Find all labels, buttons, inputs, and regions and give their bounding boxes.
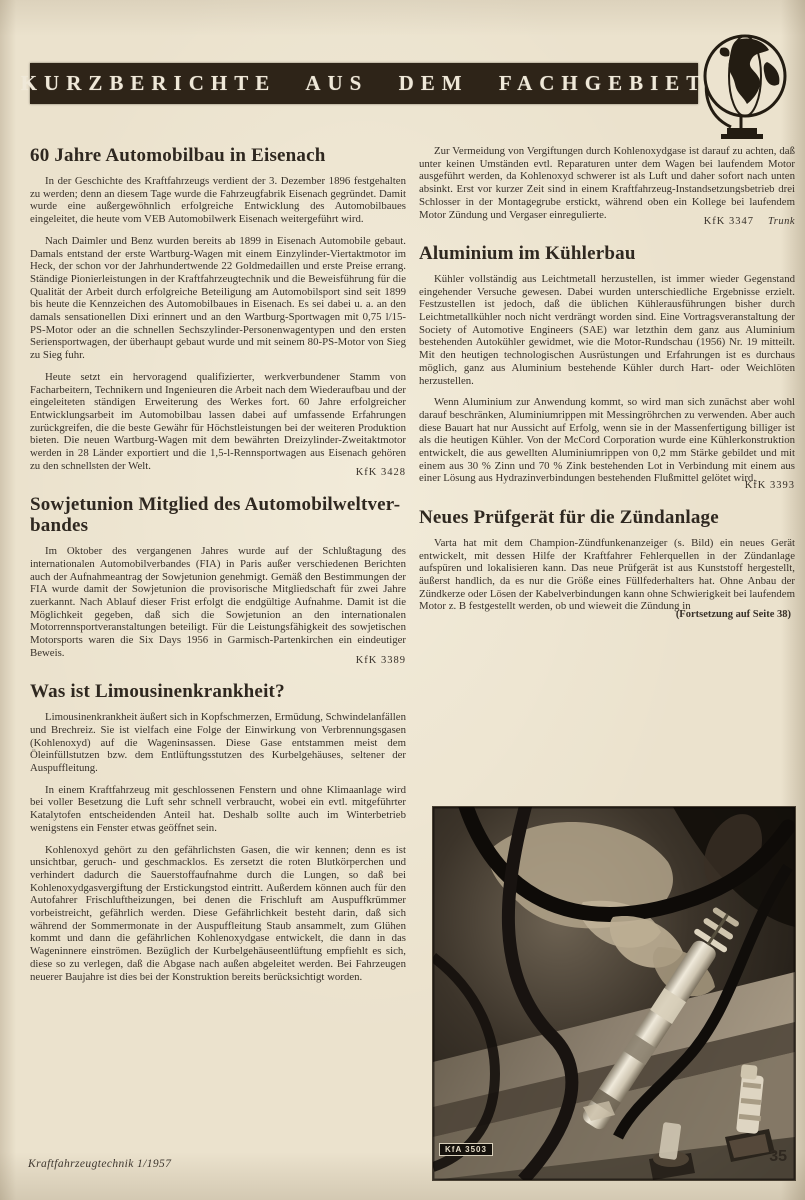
article-paragraph: In der Geschichte des Kraftfahrzeugs ver… xyxy=(30,175,406,226)
article-signature: KfK 3389 xyxy=(30,655,406,668)
article-paragraph: Kühler vollständig aus Leichtmetall herz… xyxy=(419,273,795,387)
left-column: 60 Jahre Automobilbau in Eisenach In der… xyxy=(30,145,406,992)
signature-code: KfK 3347 xyxy=(704,216,754,227)
article-title-eisenach: 60 Jahre Automobilbau in Eisenach xyxy=(30,145,406,166)
magazine-page: KURZBERICHTE AUS DEM FACHGEBIET 60 xyxy=(0,0,805,1200)
article-paragraph: In einem Kraftfahrzeug mit geschlossenen… xyxy=(30,784,406,835)
article-paragraph: Heute setzt ein hervoragend qualifiziert… xyxy=(30,371,406,473)
article-paragraph: Varta hat mit dem Champion-Zündfunkenanz… xyxy=(419,537,795,613)
article-title-sowjetunion: Sowjetunion Mitglied des Automobilweltve… xyxy=(30,494,406,536)
article-title-aluminium: Aluminium im Kühlerbau xyxy=(419,243,795,264)
article-photo-spark-tester: KfA 3503 xyxy=(433,807,795,1180)
photo-credit-label: KfA 3503 xyxy=(439,1143,493,1156)
article-paragraph: Kohlenoxyd gehört zu den gefährlichsten … xyxy=(30,844,406,984)
section-banner: KURZBERICHTE AUS DEM FACHGEBIET xyxy=(30,63,698,104)
banner-title: KURZBERICHTE AUS DEM FACHGEBIET xyxy=(21,71,708,96)
article-paragraph: Wenn Aluminium zur Anwendung kommt, so w… xyxy=(419,396,795,485)
signature-author: Trunk xyxy=(768,216,795,227)
article-paragraph: Nach Daimler und Benz wurden bereits ab … xyxy=(30,235,406,362)
globe-icon xyxy=(697,28,793,140)
article-paragraph: Limousinenkrankheit äußert sich in Kopfs… xyxy=(30,711,406,775)
journal-footer: Kraftfahrzeugtechnik 1/1957 xyxy=(28,1158,171,1170)
article-paragraph: Zur Vermeidung von Vergiftungen durch Ko… xyxy=(419,145,795,221)
article-title-limousinenkrankheit: Was ist Limousinenkrankheit? xyxy=(30,681,406,702)
page-number: 35 xyxy=(769,1148,787,1166)
right-column: Zur Vermeidung von Vergiftungen durch Ko… xyxy=(419,145,795,630)
article-title-pruefgeraet: Neues Prüfgerät für die Zündanlage xyxy=(419,507,795,528)
article-paragraph: Im Oktober des vergangenen Jahres wurde … xyxy=(30,545,406,659)
